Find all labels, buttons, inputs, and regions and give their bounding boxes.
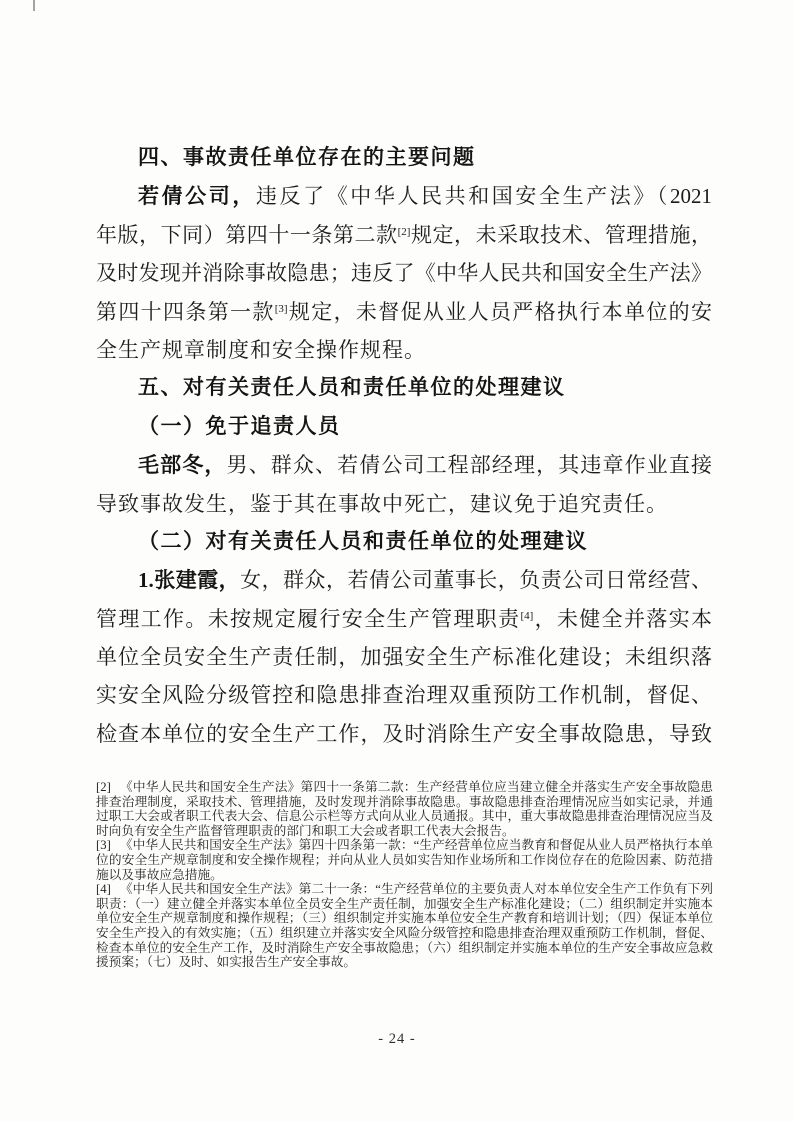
bold-run: 1.张建霞，	[138, 568, 240, 592]
body-line: 毛部冬，男、群众、若倩公司工程部经理，其违章作业直接	[96, 446, 712, 484]
heading-section-5: 五、对有关责任人员和责任单位的处理建议	[96, 369, 712, 407]
body-text: 四、事故责任单位存在的主要问题 若倩公司，违反了《中华人民共和国安全生产法》（2…	[96, 139, 712, 753]
footnote-2-text: 《中华人民共和国安全生产法》第四十一条第二款：生产经营单位应当建立健全并落实生产…	[96, 780, 713, 838]
document-page: 四、事故责任单位存在的主要问题 若倩公司，违反了《中华人民共和国安全生产法》（2…	[0, 0, 794, 1122]
text-run: 男、群众、若倩公司工程部经理，其违章作业直接	[226, 453, 712, 477]
footnote-4-marker: [4]	[96, 882, 120, 896]
body-line: 全生产规章制度和安全操作规程。	[96, 331, 712, 369]
footnote-2: [2]《中华人民共和国安全生产法》第四十一条第二款：生产经营单位应当建立健全并落…	[96, 780, 713, 838]
footnote-ref-3: [3]	[275, 303, 288, 315]
body-line: 检查本单位的安全生产工作，及时消除生产安全事故隐患，导致	[96, 715, 712, 753]
text-run: 导致事故发生，鉴于其在事故中死亡，建议免于追究责任。	[96, 492, 668, 516]
footnote-ref-4: [4]	[520, 610, 533, 622]
footnote-4-text: 《中华人民共和国安全生产法》第二十一条：“生产经营单位的主要负责人对本单位安全生…	[96, 882, 713, 969]
footnotes-section: [2]《中华人民共和国安全生产法》第四十一条第二款：生产经营单位应当建立健全并落…	[96, 780, 713, 970]
footnote-3-marker: [3]	[96, 838, 120, 852]
body-line: 导致事故发生，鉴于其在事故中死亡，建议免于追究责任。	[96, 485, 712, 523]
scan-artifact	[33, 0, 35, 11]
body-line: 年版，下同）第四十一条第二款[2]规定，未采取技术、管理措施，	[96, 216, 712, 254]
text-run: 检查本单位的安全生产工作，及时消除生产安全事故隐患，导致	[96, 722, 712, 746]
text-run: （二）对有关责任人员和责任单位的处理建议	[138, 530, 588, 553]
text-run: （一）免于追责人员	[138, 415, 341, 438]
text-run: 违反了《中华人民共和国安全生产法》（2021	[256, 184, 712, 208]
text-run: 实安全风险分级管控和隐患排查治理双重预防工作机制，督促、	[96, 683, 712, 707]
text-run: 规定，未督促从业人员严格执行本单位的安	[288, 300, 712, 324]
text-run: 四、事故责任单位存在的主要问题	[138, 146, 476, 169]
heading-section-4: 四、事故责任单位存在的主要问题	[96, 139, 712, 177]
body-line: 管理工作。未按规定履行安全生产管理职责[4]，未健全并落实本	[96, 600, 712, 638]
page-number: - 24 -	[0, 1031, 794, 1048]
text-run: ，未健全并落实本	[533, 607, 712, 631]
heading-subsection-1: （一）免于追责人员	[96, 408, 712, 446]
body-line: 若倩公司，违反了《中华人民共和国安全生产法》（2021	[96, 177, 712, 215]
text-run: 规定，未采取技术、管理措施，	[410, 223, 712, 247]
text-run: 五、对有关责任人员和责任单位的处理建议	[138, 376, 566, 399]
body-line: 及时发现并消除事故隐患；违反了《中华人民共和国安全生产法》	[96, 254, 712, 292]
text-run: 全生产规章制度和安全操作规程。	[96, 338, 426, 362]
text-run: 第四十四条第一款	[96, 300, 275, 324]
footnote-ref-2: [2]	[398, 226, 411, 238]
text-run: 管理工作。未按规定履行安全生产管理职责	[96, 607, 520, 631]
footnote-3-text: 《中华人民共和国安全生产法》第四十四条第一款：“生产经营单位应当教育和督促从业人…	[96, 838, 713, 881]
heading-subsection-2: （二）对有关责任人员和责任单位的处理建议	[96, 523, 712, 561]
text-run: 及时发现并消除事故隐患；违反了《中华人民共和国安全生产法》	[96, 261, 712, 285]
body-line: 实安全风险分级管控和隐患排查治理双重预防工作机制，督促、	[96, 676, 712, 714]
body-line: 单位全员安全生产责任制，加强安全生产标准化建设；未组织落	[96, 638, 712, 676]
footnote-2-marker: [2]	[96, 780, 120, 794]
body-line: 1.张建霞，女，群众，若倩公司董事长，负责公司日常经营、	[96, 561, 712, 599]
footnote-3: [3]《中华人民共和国安全生产法》第四十四条第一款：“生产经营单位应当教育和督促…	[96, 838, 713, 882]
bold-run: 毛部冬，	[138, 453, 226, 477]
text-run: 单位全员安全生产责任制，加强安全生产标准化建设；未组织落	[96, 645, 712, 669]
footnote-4: [4]《中华人民共和国安全生产法》第二十一条：“生产经营单位的主要负责人对本单位…	[96, 882, 713, 970]
bold-run: 若倩公司，	[138, 184, 256, 208]
body-line: 第四十四条第一款[3]规定，未督促从业人员严格执行本单位的安	[96, 293, 712, 331]
text-run: 女，群众，若倩公司董事长，负责公司日常经营、	[240, 568, 712, 592]
text-run: 年版，下同）第四十一条第二款	[96, 223, 398, 247]
